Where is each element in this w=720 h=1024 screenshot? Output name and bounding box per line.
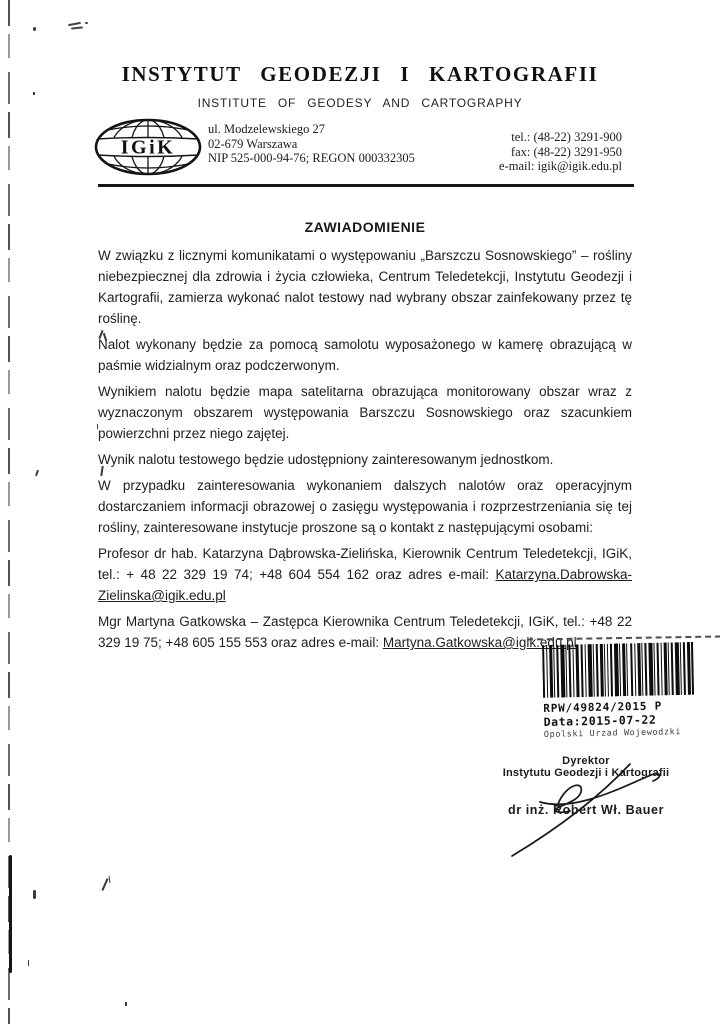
logo-text: IGiK — [121, 137, 175, 159]
scan-artifact-mark — [125, 1002, 127, 1006]
scan-artifact-dot — [33, 27, 36, 31]
institute-name-pl: INSTYTUT GEODEZJI I KARTOGRAFII — [0, 62, 720, 87]
address-block: ul. Modzelewskiego 27 02-679 Warszawa NI… — [208, 122, 415, 166]
paragraph-5: W przypadku zainteresowania wykonaniem d… — [98, 475, 632, 538]
header-divider-rule — [98, 184, 634, 187]
signer-name: dr inż. Robert Wł. Bauer — [495, 803, 677, 817]
scan-artifact-dot — [33, 92, 35, 95]
stamp-office-name: Opolski Urzad Wojewodzki — [544, 726, 714, 740]
letter-title: ZAWIADOMIENIE — [98, 219, 632, 235]
signature-organization: Instytutu Geodezji i Kartografii — [495, 767, 677, 779]
letter-body: W związku z licznymi komunikatami o wyst… — [98, 245, 632, 658]
scan-artifact-mark — [33, 890, 36, 899]
scan-artifact-mark — [28, 960, 29, 966]
scan-artifact-mark — [109, 876, 111, 883]
paragraph-2: Nalot wykonany będzie za pomocą samolotu… — [98, 334, 632, 376]
address-line: ul. Modzelewskiego 27 — [208, 122, 415, 137]
address-line: NIP 525-000-94-76; REGON 000332305 — [208, 151, 415, 166]
contact-block: tel.: (48-22) 3291-900 fax: (48-22) 3291… — [499, 130, 622, 174]
scan-artifact-left-edge-line-dark — [9, 855, 12, 973]
scan-artifact-mark — [35, 470, 39, 476]
igik-globe-logo-icon: IGiK — [94, 118, 202, 176]
signature-block: Dyrektor Instytutu Geodezji i Kartografi… — [495, 755, 677, 817]
registry-stamp: RPW/49824/2015 P Data:2015-07-22 Opolski… — [542, 641, 714, 740]
scan-artifact-pen-squiggle — [68, 22, 88, 31]
scan-artifact-mark — [101, 878, 108, 891]
contact-paragraph-1: Profesor dr hab. Katarzyna Dąbrowska-Zie… — [98, 543, 632, 606]
signature-role: Dyrektor — [495, 755, 677, 767]
paragraph-4: Wynik nalotu testowego będzie udostępnio… — [98, 449, 632, 470]
email-line: e-mail: igik@igik.edu.pl — [499, 159, 622, 174]
address-line: 02-679 Warszawa — [208, 137, 415, 152]
phone-line: tel.: (48-22) 3291-900 — [499, 130, 622, 145]
barcode-icon — [542, 642, 695, 698]
paragraph-1: W związku z licznymi komunikatami o wyst… — [98, 245, 632, 329]
institute-name-en: INSTITUTE OF GEODESY AND CARTOGRAPHY — [0, 96, 720, 110]
scanned-letter-page: { "header": { "institute_name_pl": "INST… — [0, 0, 720, 1024]
paragraph-3: Wynikiem nalotu będzie mapa satelitarna … — [98, 381, 632, 444]
fax-line: fax: (48-22) 3291-950 — [499, 145, 622, 160]
